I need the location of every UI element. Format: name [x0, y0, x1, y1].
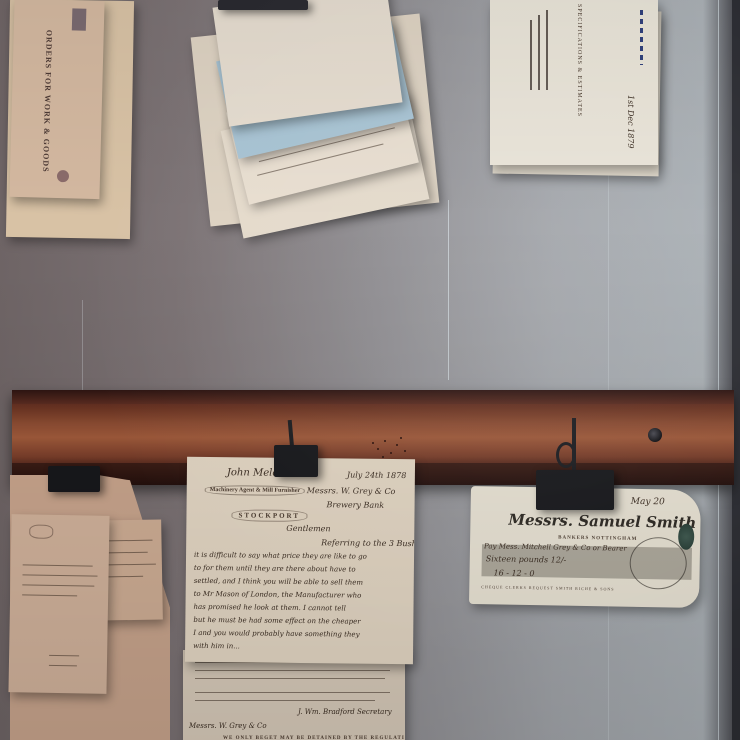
cheque-bank: Messrs. Samuel Smith & Co [508, 511, 701, 533]
binder-clip-right [536, 470, 614, 510]
notice-signature: J. Wm. Bradford Secretary [298, 708, 392, 716]
letter-body-1: Referring to the 3 Bush [321, 538, 415, 548]
letter-body-8: I and you would probably have something … [193, 629, 359, 639]
clip-ring [556, 442, 576, 468]
film-scratch [448, 200, 449, 380]
rail-top-molding [12, 390, 734, 404]
letter-body-4: settled, and I think you will be able to… [194, 577, 363, 587]
cheque-date: May 20 [631, 497, 665, 508]
clip-icon [218, 0, 308, 10]
ticket-front-page: ORDERS FOR WORK & GOODS [9, 0, 104, 199]
frame-edge [732, 0, 740, 740]
spec-sheet-front: SPECIFICATIONS & ESTIMATES 1st Dec 1879 [490, 0, 658, 165]
letter-addressee-2: Brewery Bank [327, 500, 385, 510]
letterhead-town: STOCKPORT [231, 509, 307, 522]
ticket-stamp [57, 170, 69, 182]
letter-addressee: Messrs. W. Grey & Co [307, 486, 396, 496]
cheque-footer: CHEQUE CLERKS REQUEST SMITH RICHE & SONS [481, 584, 614, 591]
notice-address: Messrs. W. Grey & Co [189, 722, 267, 730]
binder-clip-center [274, 445, 318, 477]
letter-body-9: with him in... [193, 642, 240, 650]
cheque-amount-words: Sixteen pounds 12/- [486, 554, 567, 564]
spec-date: 1st Dec 1879 [626, 95, 635, 148]
printed-letter [8, 514, 109, 694]
letter-body-2: it is difficult to say what price they a… [194, 551, 367, 561]
binder-clip-left [48, 466, 100, 492]
screw-icon [648, 428, 662, 442]
notice-footer: WE ONLY BEGET MAY BE DETAINED BY THE REG… [223, 736, 405, 740]
letter-body-6: has promised he look at them. I cannot t… [193, 603, 345, 613]
letter-body-7: but he must be had some effect on the ch… [193, 616, 360, 626]
spec-heading: SPECIFICATIONS & ESTIMATES [576, 4, 582, 117]
letter-body-3: to for them until they are there about h… [194, 564, 356, 574]
letter-body-5: to Mr Mason of London, the Manufacturer … [194, 590, 362, 600]
postmark-circle [629, 537, 687, 590]
letter-melon: John Melon Machinery Agent & Mill Furnis… [185, 457, 415, 664]
ticket-title: ORDERS FOR WORK & GOODS [41, 30, 54, 173]
cheque-amount: 16 - 12 - 0 [493, 568, 534, 578]
revenue-stamp [678, 524, 694, 550]
letter-salutation: Gentlemen [286, 524, 330, 533]
letterhead-trade: Machinery Agent & Mill Furnisher [205, 485, 305, 496]
cheque-location: BANKERS NOTTINGHAM [558, 536, 637, 542]
film-scratch [718, 0, 719, 740]
letter-date: July 24th 1878 [347, 470, 407, 480]
photograph-scene: ORDERS FOR WORK & GOODS SPECIFICATIONS &… [0, 0, 740, 740]
